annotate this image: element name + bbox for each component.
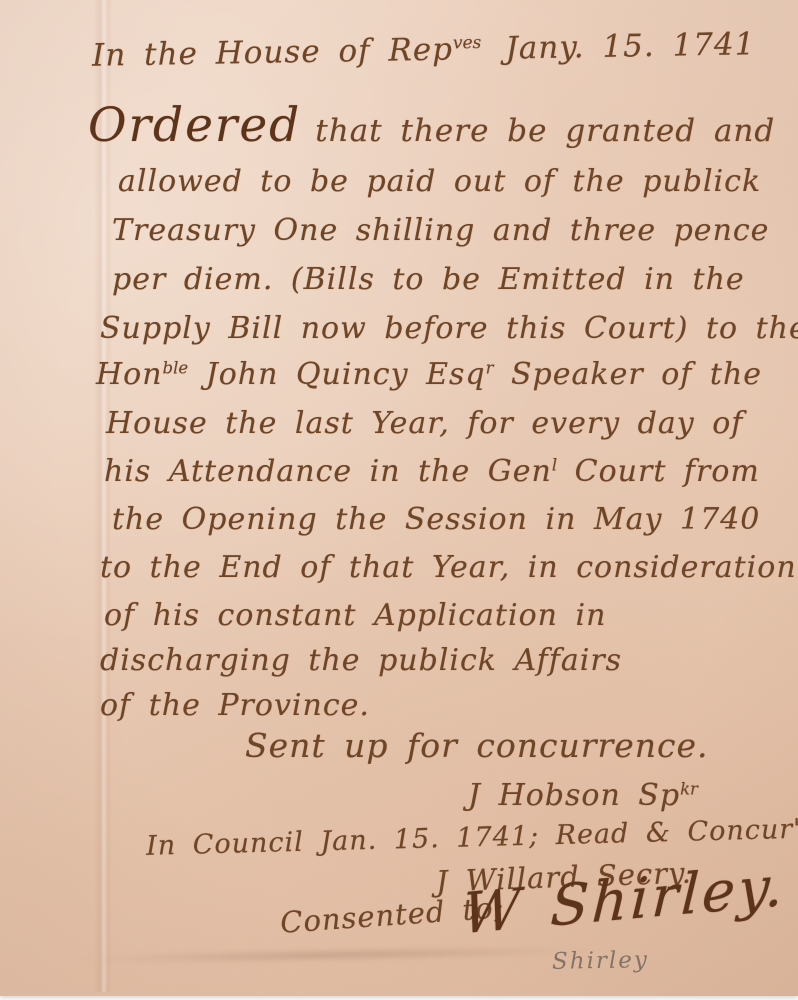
handwritten-text-layer: In the House of RepvesJany. 15. 1741 Ord… bbox=[0, 0, 798, 996]
body-line-9: the Opening the Session in May 1740 bbox=[112, 502, 760, 537]
body-line-13: of the Province. bbox=[100, 688, 370, 723]
body-line-6: Honble John Quincy Esqr Speaker of the bbox=[96, 357, 762, 392]
body-line-12: discharging the publick Affairs bbox=[100, 643, 622, 678]
body-line-5: Supply Bill now before this Court) to th… bbox=[100, 311, 798, 346]
speaker-superscript: kr bbox=[680, 779, 698, 798]
body-line-6-part1: Hon bbox=[96, 357, 163, 392]
body-line-7: House the last Year, for every day of bbox=[106, 406, 743, 441]
body-line-1: Orderedthat there be granted and bbox=[88, 98, 775, 153]
heading-date: Jany. 15. 1741 bbox=[505, 26, 756, 66]
body-line-6-part3: Speaker of the bbox=[493, 357, 762, 392]
body-line-2: allowed to be paid out of the publick bbox=[118, 164, 761, 199]
honble-superscript: ble bbox=[163, 358, 189, 377]
speaker-signature: J Hobson Spkr bbox=[468, 778, 698, 813]
council-concurrence-line: In Council Jan. 15. 1741; Read & Concur'… bbox=[146, 813, 798, 862]
heading-place: In the House of Rep bbox=[92, 31, 454, 73]
body-line-10: to the End of that Year, in consideratio… bbox=[100, 550, 797, 585]
body-line-3: Treasury One shilling and three pence bbox=[112, 213, 769, 248]
heading-line: In the House of RepvesJany. 15. 1741 bbox=[92, 26, 756, 74]
speaker-name: J Hobson Sp bbox=[468, 778, 680, 813]
body-line-6-part2: John Quincy Esq bbox=[188, 357, 485, 392]
manuscript-scan: In the House of RepvesJany. 15. 1741 Ord… bbox=[0, 0, 798, 1000]
aged-paper-sheet: In the House of RepvesJany. 15. 1741 Ord… bbox=[0, 0, 798, 996]
pencil-annotation: Shirley bbox=[552, 947, 649, 975]
body-line-8: his Attendance in the Genl Court from bbox=[104, 454, 760, 489]
opening-word: Ordered bbox=[88, 98, 301, 153]
heading-superscript: ves bbox=[453, 33, 482, 53]
body-line-11: of his constant Application in bbox=[104, 598, 606, 633]
body-line-1-text: that there be granted and bbox=[315, 113, 775, 149]
body-line-8-part1: his Attendance in the Gen bbox=[104, 454, 552, 489]
closing-line: Sent up for concurrence. bbox=[245, 726, 709, 765]
body-line-4: per diem. (Bills to be Emitted in the bbox=[112, 262, 745, 297]
body-line-8-part2: Court from bbox=[557, 454, 760, 489]
